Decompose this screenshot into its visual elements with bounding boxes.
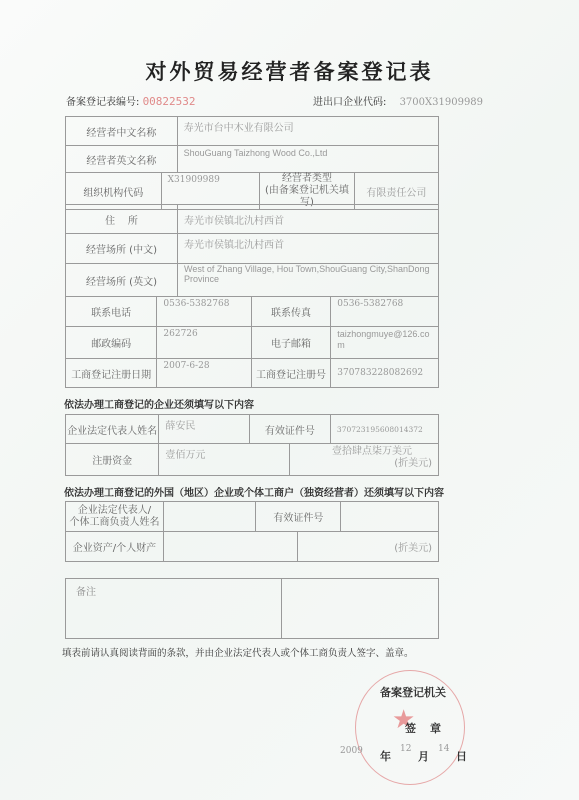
table-row: 经营者英文名称 ShouGuang Taizhong Wood Co.,Ltd (66, 146, 439, 173)
capital-usd-value: 壹拾肆点柒万美元 (296, 446, 432, 458)
rep-label: 企业法定代表人/ 个体工商负责人姓名 (66, 502, 164, 532)
id-label-2: 有效证件号 (256, 502, 341, 532)
table-row: 注册资金 壹佰万元 壹拾肆点柒万美元 (折美元) (66, 444, 439, 476)
table-row: 住 所 寿光市侯镇北氿村西首 (66, 205, 439, 234)
address-table: 住 所 寿光市侯镇北氿村西首 经营场所 (中文) 寿光市侯镇北氿村西首 经营场所… (65, 204, 439, 297)
year-label: 年 (380, 748, 391, 764)
capital-value: 壹佰万元 (159, 444, 289, 476)
contact-table: 联系电话 0536-5382768 联系传真 0536-5382768 邮政编码… (65, 296, 439, 388)
reg-no-label: 工商登记注册号 (251, 359, 330, 388)
table-row: 企业法定代表人姓名 薛安民 有效证件号 370723195608014372 (66, 415, 439, 444)
address-label: 住 所 (66, 205, 178, 234)
main-info-table: 经营者中文名称 寿光市台中木业有限公司 经营者英文名称 ShouGuang Ta… (65, 116, 439, 173)
table-row: 经营者中文名称 寿光市台中木业有限公司 (66, 117, 439, 146)
premises-cn-value: 寿光市侯镇北氿村西首 (178, 234, 439, 264)
section1-heading: 依法办理工商登记的企业还须填写以下内容 (64, 396, 254, 411)
registration-form-page: 对外贸易经营者备案登记表 备案登记表编号: 00822532 进出口企业代码: … (0, 0, 579, 800)
assets-usd-suffix: (折美元) (297, 532, 438, 562)
reg-no-value: 370783228082692 (331, 359, 439, 388)
id-label: 有效证件号 (249, 415, 330, 444)
record-number: 备案登记表编号: 00822532 (66, 93, 196, 108)
phone-value: 0536-5382768 (157, 297, 251, 327)
reg-date-label: 工商登记注册日期 (66, 359, 157, 388)
section2-table: 企业法定代表人/ 个体工商负责人姓名 有效证件号 企业资产/个人财产 (折美元) (65, 501, 439, 562)
table-row: 企业法定代表人/ 个体工商负责人姓名 有效证件号 (66, 502, 439, 532)
address-value: 寿光市侯镇北氿村西首 (178, 205, 439, 234)
operator-type-label-1: 经营者类型 (260, 173, 354, 185)
table-row: 经营场所 (英文) West of Zhang Village, Hou Tow… (66, 264, 439, 297)
table-row: 联系电话 0536-5382768 联系传真 0536-5382768 (66, 297, 439, 327)
table-row: 备注 (66, 579, 439, 639)
table-row: 经营场所 (中文) 寿光市侯镇北氿村西首 (66, 234, 439, 264)
ie-code-value: 3700X31909989 (400, 97, 483, 108)
en-name-value: ShouGuang Taizhong Wood Co.,Ltd (177, 146, 438, 173)
premises-en-label: 经营场所 (英文) (66, 264, 178, 297)
cn-name-label: 经营者中文名称 (66, 117, 178, 146)
fax-label: 联系传真 (251, 297, 330, 327)
fax-value: 0536-5382768 (331, 297, 439, 327)
month-label: 月 (418, 748, 429, 764)
registration-authority-label: 备案登记机关 (380, 684, 446, 700)
id-value-2 (341, 502, 439, 532)
reg-date-value: 2007-6-28 (157, 359, 251, 388)
usd-suffix: (折美元) (296, 458, 432, 470)
assets-value (163, 532, 297, 562)
record-number-label: 备案登记表编号: (66, 97, 139, 108)
rep-value (163, 502, 256, 532)
date-year: 2009 (340, 746, 363, 756)
email-value: taizhongmuye@126.com (331, 327, 439, 359)
email-label: 电子邮箱 (251, 327, 330, 359)
remarks-table: 备注 (65, 578, 439, 639)
day-label: 日 (456, 748, 467, 764)
postcode-label: 邮政编码 (66, 327, 157, 359)
capital-usd-cell: 壹拾肆点柒万美元 (折美元) (289, 444, 438, 476)
cn-name-value: 寿光市台中木业有限公司 (177, 117, 438, 146)
date-month: 12 (400, 744, 411, 754)
premises-cn-label: 经营场所 (中文) (66, 234, 178, 264)
table-row: 邮政编码 262726 电子邮箱 taizhongmuye@126.com (66, 327, 439, 359)
ie-code: 进出口企业代码: 3700X31909989 (313, 93, 483, 108)
seal-label: 签章 (405, 720, 455, 736)
phone-label: 联系电话 (66, 297, 157, 327)
rep-label-1: 企业法定代表人/ (66, 505, 163, 517)
id-value: 370723195608014372 (330, 415, 438, 444)
en-name-label: 经营者英文名称 (66, 146, 178, 173)
premises-en-value: West of Zhang Village, Hou Town,ShouGuan… (178, 264, 439, 297)
record-number-value: 00822532 (143, 95, 196, 108)
section1-table: 企业法定代表人姓名 薛安民 有效证件号 370723195608014372 注… (65, 414, 439, 476)
footer-note: 填表前请认真阅读背面的条款，并由企业法定代表人或个体工商负责人签字、盖章。 (62, 645, 414, 659)
remarks-value (282, 579, 439, 639)
form-title: 对外贸易经营者备案登记表 (0, 56, 579, 86)
postcode-value: 262726 (157, 327, 251, 359)
table-row: 工商登记注册日期 2007-6-28 工商登记注册号 3707832280826… (66, 359, 439, 388)
ie-code-label: 进出口企业代码: (313, 97, 386, 108)
legal-rep-label: 企业法定代表人姓名 (66, 415, 159, 444)
table-row: 企业资产/个人财产 (折美元) (66, 532, 439, 562)
assets-label: 企业资产/个人财产 (66, 532, 164, 562)
section2-heading: 依法办理工商登记的外国（地区）企业或个体工商户（独资经营者）还须填写以下内容 (64, 484, 444, 499)
legal-rep-value: 薛安民 (159, 415, 250, 444)
rep-label-2: 个体工商负责人姓名 (66, 517, 163, 529)
capital-label: 注册资金 (66, 444, 159, 476)
date-day: 14 (438, 744, 449, 754)
remarks-label: 备注 (66, 579, 282, 639)
